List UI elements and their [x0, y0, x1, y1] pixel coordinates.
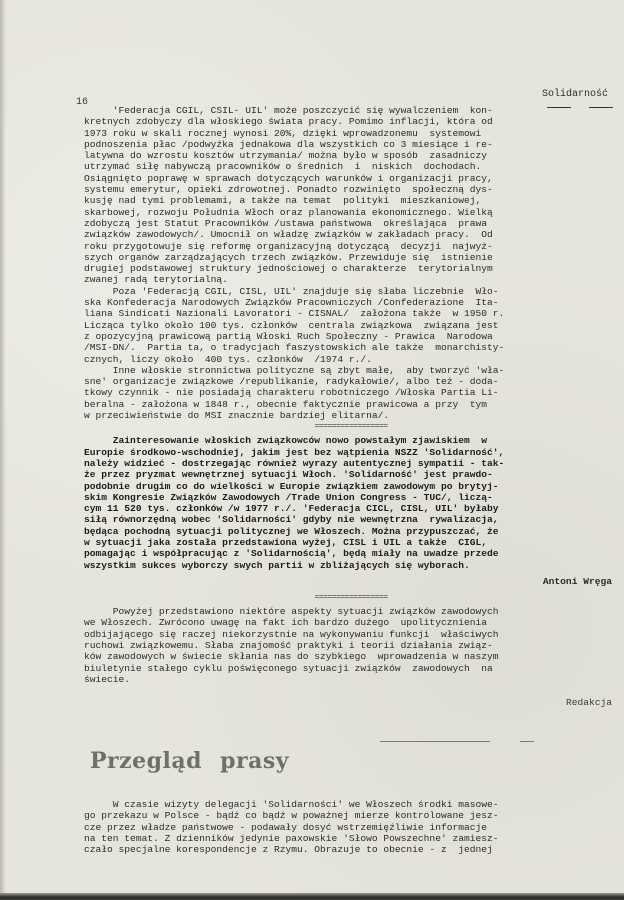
text-line: skarbowej, rozwoju Południa Włoch oraz p…: [84, 207, 618, 218]
text-line: kretnych zdobyczy dla włoskiego świata p…: [84, 116, 618, 127]
text-line: związków zawodowych/. Umocnił on władzę …: [84, 229, 618, 240]
text-line: pomagając i współpracując z 'Solidarnośc…: [84, 548, 618, 559]
text-line: ków zawodowych w świecie skłania nas do …: [84, 651, 618, 662]
section-heading-press-review: Przegląd prasy: [90, 756, 289, 767]
text-line: liana Sindicati Nazionali Lavoratori - C…: [84, 308, 618, 319]
text-line: /MSI-DN/. Partia ta, o tradycjach faszys…: [84, 342, 618, 353]
text-line: Powyżej przedstawiono niektóre aspekty s…: [84, 606, 618, 617]
text-line: kusję nad tymi problemami, a także na te…: [84, 195, 618, 206]
article-paragraph: Poza 'Federacją CGIL, CISL, UIL' znajduj…: [84, 286, 618, 365]
text-line: drugiej podstawowej struktury jednościow…: [84, 263, 618, 274]
article-body: 'Federacja CGIL, CSIL- UIL' może poszczy…: [84, 105, 618, 709]
press-review-body: W czasie wizyty delegacji 'Solidarności'…: [84, 799, 618, 855]
editorial-note: Powyżej przedstawiono niektóre aspekty s…: [84, 606, 618, 685]
article-paragraph: 'Federacja CGIL, CSIL- UIL' może poszczy…: [84, 105, 618, 286]
text-line: we Włoszech. Zwrócono uwagę na fakt ich …: [84, 617, 618, 628]
text-line: ruchowi związkowemu. Słaba znajomość pra…: [84, 640, 618, 651]
text-line: Osiągnięto poprawę w sprawach dotyczącyc…: [84, 173, 618, 184]
text-line: Poza 'Federacją CGIL, CISL, UIL' znajduj…: [84, 286, 618, 297]
text-line: sne' organizacje związkowe /republikanie…: [84, 376, 618, 387]
text-line: beralna - założona w 1848 r., obecnie fa…: [84, 399, 618, 410]
faint-divider: [380, 741, 490, 742]
scanned-page: 16 Solidarność 'Federacja CGIL, CSIL- UI…: [0, 0, 624, 900]
text-line: 1973 roku w skali rocznej wynosi 20%, dz…: [84, 128, 618, 139]
text-line: go przekazu w Polsce - bądź co bądź w po…: [84, 810, 618, 821]
text-line: w sytuacji jaka została przedstawiona wy…: [84, 537, 618, 548]
separator: =================: [84, 422, 618, 432]
text-line: świecie.: [84, 674, 618, 685]
article-paragraph: Inne włoskie stronnictwa polityczne są z…: [84, 365, 618, 421]
editorial-signature: Redakcja: [84, 697, 612, 708]
text-line: Europie środkowo-wschodniej, jakim jest …: [84, 447, 618, 458]
text-line: utrzymać siłę nabywczą pracowników o śre…: [84, 161, 618, 172]
text-line: ska Konfederacja Narodowych Związków Pra…: [84, 297, 618, 308]
text-line: podobnie drugim co do wielkości w Europi…: [84, 481, 618, 492]
text-line: systemu emerytur, opieki zdrowotnej. Pon…: [84, 184, 618, 195]
text-line: podnoszenia płac /podwyżka jednakowa dla…: [84, 139, 618, 150]
separator: =================: [84, 593, 618, 603]
faint-divider: [520, 741, 534, 742]
article-paragraphs: 'Federacja CGIL, CSIL- UIL' może poszczy…: [84, 105, 618, 421]
text-line: Zainteresowanie włoskich związkowców now…: [84, 435, 618, 446]
text-line: W czasie wizyty delegacji 'Solidarności'…: [84, 799, 618, 810]
text-line: zdobyczą jest Statut Pracowników /ustawa…: [84, 218, 618, 229]
text-line: siłą równorzędną wobec 'Solidarności' gd…: [84, 514, 618, 525]
publication-title: Solidarność: [542, 89, 608, 100]
text-line: zwanej radą terytorialną.: [84, 274, 618, 285]
text-line: że przez pryzmat wewnętrznej sytuacji Wł…: [84, 469, 618, 480]
text-line: szych organów zarządzających trzech zwią…: [84, 252, 618, 263]
text-line: cym 11 520 tys. członków /w 1977 r./. 'F…: [84, 503, 618, 514]
text-line: roku przygotowuje się reformę organizacy…: [84, 241, 618, 252]
text-line: odbijającego się raczej niekorzystnie na…: [84, 629, 618, 640]
text-line: 'Federacja CGIL, CSIL- UIL' może poszczy…: [84, 105, 618, 116]
author-signature: Antoni Wręga: [84, 576, 612, 587]
text-line: w przeciwieństwie do MSI znacznie bardzi…: [84, 410, 618, 421]
text-line: cze przez władze państwowe - podawały do…: [84, 822, 618, 833]
text-line: wszystkim sukces wyborczy swych partii w…: [84, 560, 618, 571]
text-line: z opozycyjną prawicową partią Włoski Ruc…: [84, 331, 618, 342]
page-bottom-edge: [0, 893, 624, 900]
article-paragraph-solidarity: Zainteresowanie włoskich związkowców now…: [84, 435, 618, 571]
text-line: skim Kongresie Związków Zawodowych /Trad…: [84, 492, 618, 503]
text-line: biuletynie stałego cyklu poświęconego sy…: [84, 663, 618, 674]
text-line: Licząca tylko około 100 tys. członków ce…: [84, 320, 618, 331]
text-line: cznych, liczy około 400 tys. członków /1…: [84, 354, 618, 365]
text-line: latywna do wzrostu kosztów utrzymania/ m…: [84, 150, 618, 161]
text-line: na ten temat. Z dzienników jedynie paxow…: [84, 833, 618, 844]
text-line: należy widzieć - dostrzegając również wy…: [84, 458, 618, 469]
text-line: czało specjalne korespondencje z Rzymu. …: [84, 844, 618, 855]
text-line: Inne włoskie stronnictwa polityczne są z…: [84, 365, 618, 376]
text-line: tkowy czynnik - nie posiadają charakteru…: [84, 387, 618, 398]
page-left-shadow: [0, 0, 6, 900]
text-line: będąca pochodną sytuacji politycznej we …: [84, 526, 618, 537]
